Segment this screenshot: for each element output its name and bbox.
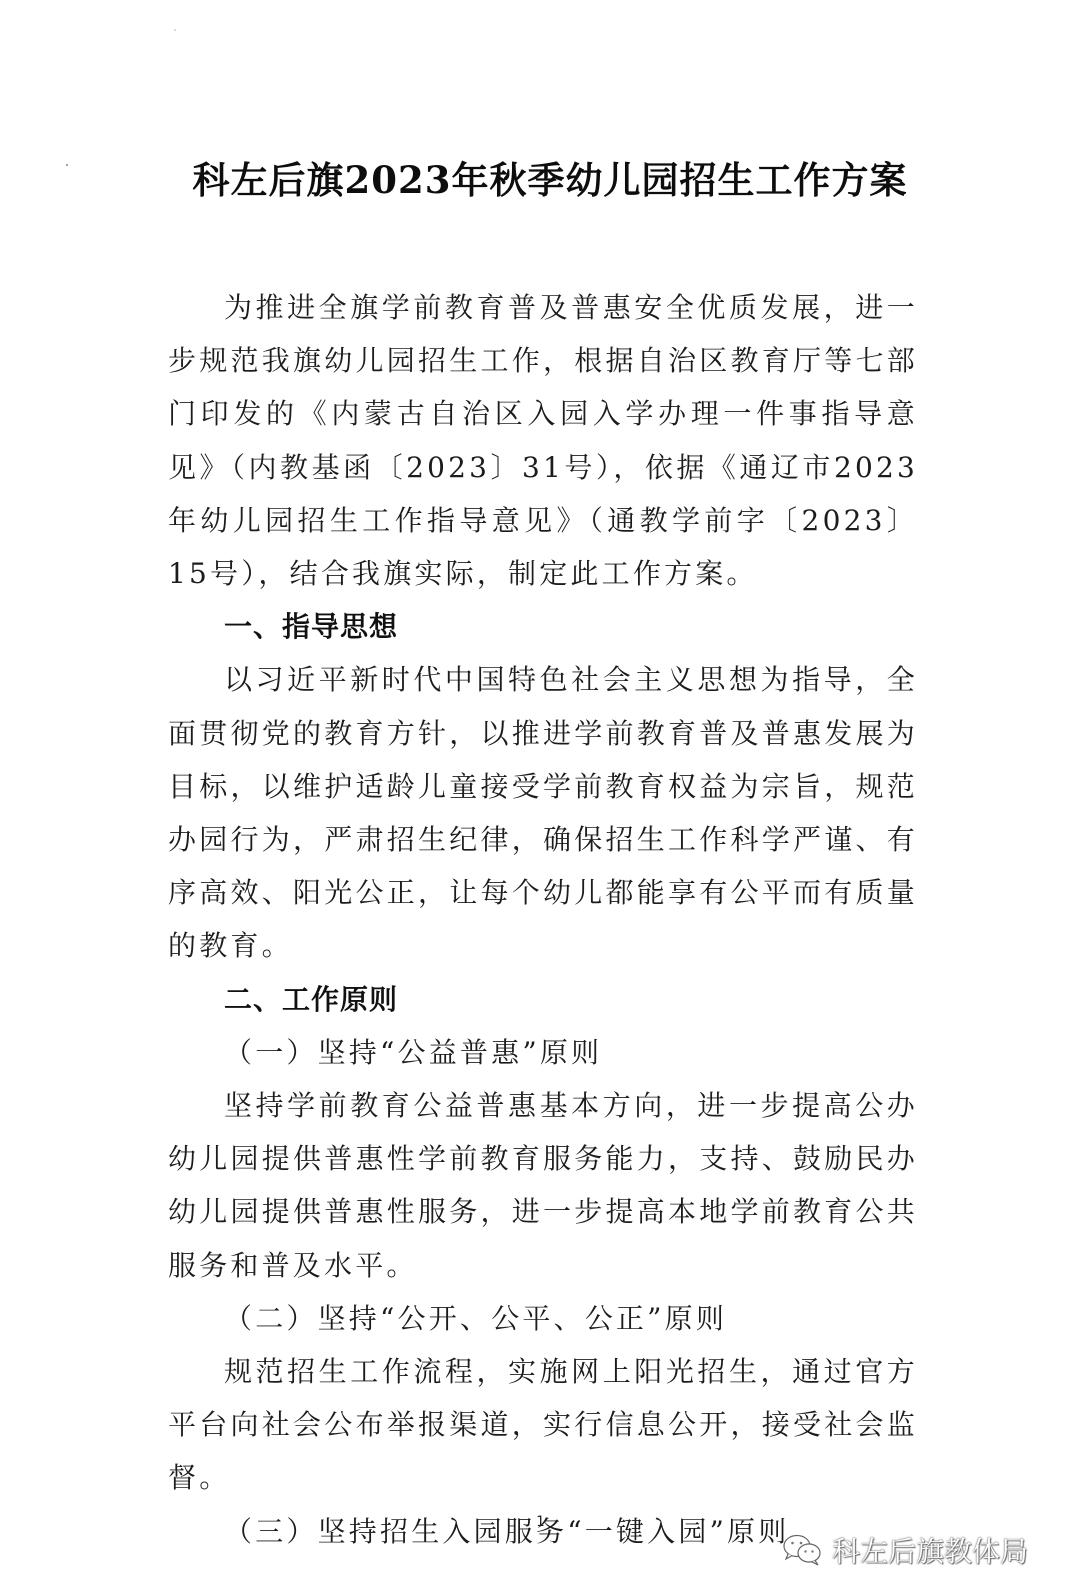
subsection-heading-public-welfare: （一）坚持“公益普惠”原则 <box>168 1026 918 1079</box>
watermark-account-name: 科左后旗教体局 <box>832 1530 1028 1570</box>
section-heading-guiding-ideology: 一、指导思想 <box>168 600 918 653</box>
document-body: 为推进全旗学前教育普及普惠安全优质发展，进一步规范我旗幼儿园招生工作，根据自治区… <box>168 281 918 1558</box>
document-page: 科左后旗2023年秋季幼儿园招生工作方案 为推进全旗学前教育普及普惠安全优质发展… <box>0 0 1080 1592</box>
document-title: 科左后旗2023年秋季幼儿园招生工作方案 <box>0 150 1080 204</box>
guiding-ideology-paragraph: 以习近平新时代中国特色社会主义思想为指导，全面贯彻党的教育方针，以推进学前教育普… <box>168 653 918 972</box>
section-heading-work-principles: 二、工作原则 <box>168 973 918 1026</box>
scan-speck <box>174 29 176 31</box>
subsection-heading-fairness: （二）坚持“公开、公平、公正”原则 <box>168 1292 918 1345</box>
intro-paragraph: 为推进全旗学前教育普及普惠安全优质发展，进一步规范我旗幼儿园招生工作，根据自治区… <box>168 281 918 600</box>
wechat-watermark: 科左后旗教体局 <box>782 1530 1028 1570</box>
page-number: 1 <box>536 1514 544 1530</box>
public-welfare-paragraph: 坚持学前教育公益普惠基本方向，进一步提高公办幼儿园提供普惠性学前教育服务能力，支… <box>168 1079 918 1292</box>
wechat-icon <box>782 1533 824 1567</box>
fairness-paragraph: 规范招生工作流程，实施网上阳光招生，通过官方平台向社会公布举报渠道，实行信息公开… <box>168 1345 918 1505</box>
